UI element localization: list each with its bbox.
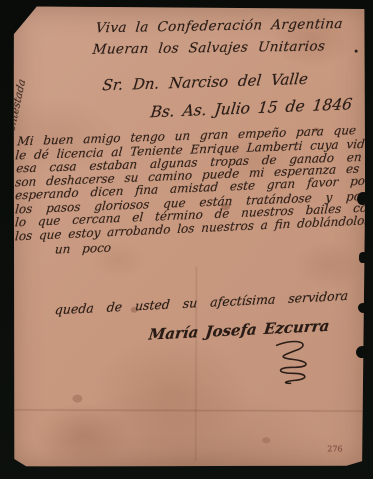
- edge-ink-blotch: [359, 252, 368, 263]
- dateline: Bs. As. Julio 15 de 1846: [149, 95, 353, 121]
- margin-annotation: contestada: [4, 77, 28, 138]
- addressee-line: Sr. Dn. Narciso del Valle: [102, 70, 309, 95]
- letter-body: Mi buen amigo tengo un gran empeño para …: [15, 135, 373, 258]
- ink-dot: [355, 50, 358, 53]
- scan-background: Viva la Confederación Argentina Mueran l…: [0, 0, 373, 479]
- letter-paper: Viva la Confederación Argentina Mueran l…: [12, 6, 366, 467]
- fold-crease-horizontal: [12, 408, 364, 412]
- edge-ink-blotch: [358, 303, 368, 313]
- ink-stain: [262, 437, 270, 443]
- closing-line: queda de usted su afectísima servidora: [54, 288, 349, 317]
- edge-ink-blotch: [356, 346, 368, 358]
- ink-stain: [72, 395, 82, 403]
- slogan-line-2: Mueran los Salvajes Unitarios: [92, 38, 326, 57]
- edge-ink-blotch: [357, 192, 368, 205]
- page-number: 276: [327, 444, 342, 453]
- signature-rubric-flourish: [268, 337, 314, 385]
- slogan-line-1: Viva la Confederación Argentina: [95, 16, 344, 36]
